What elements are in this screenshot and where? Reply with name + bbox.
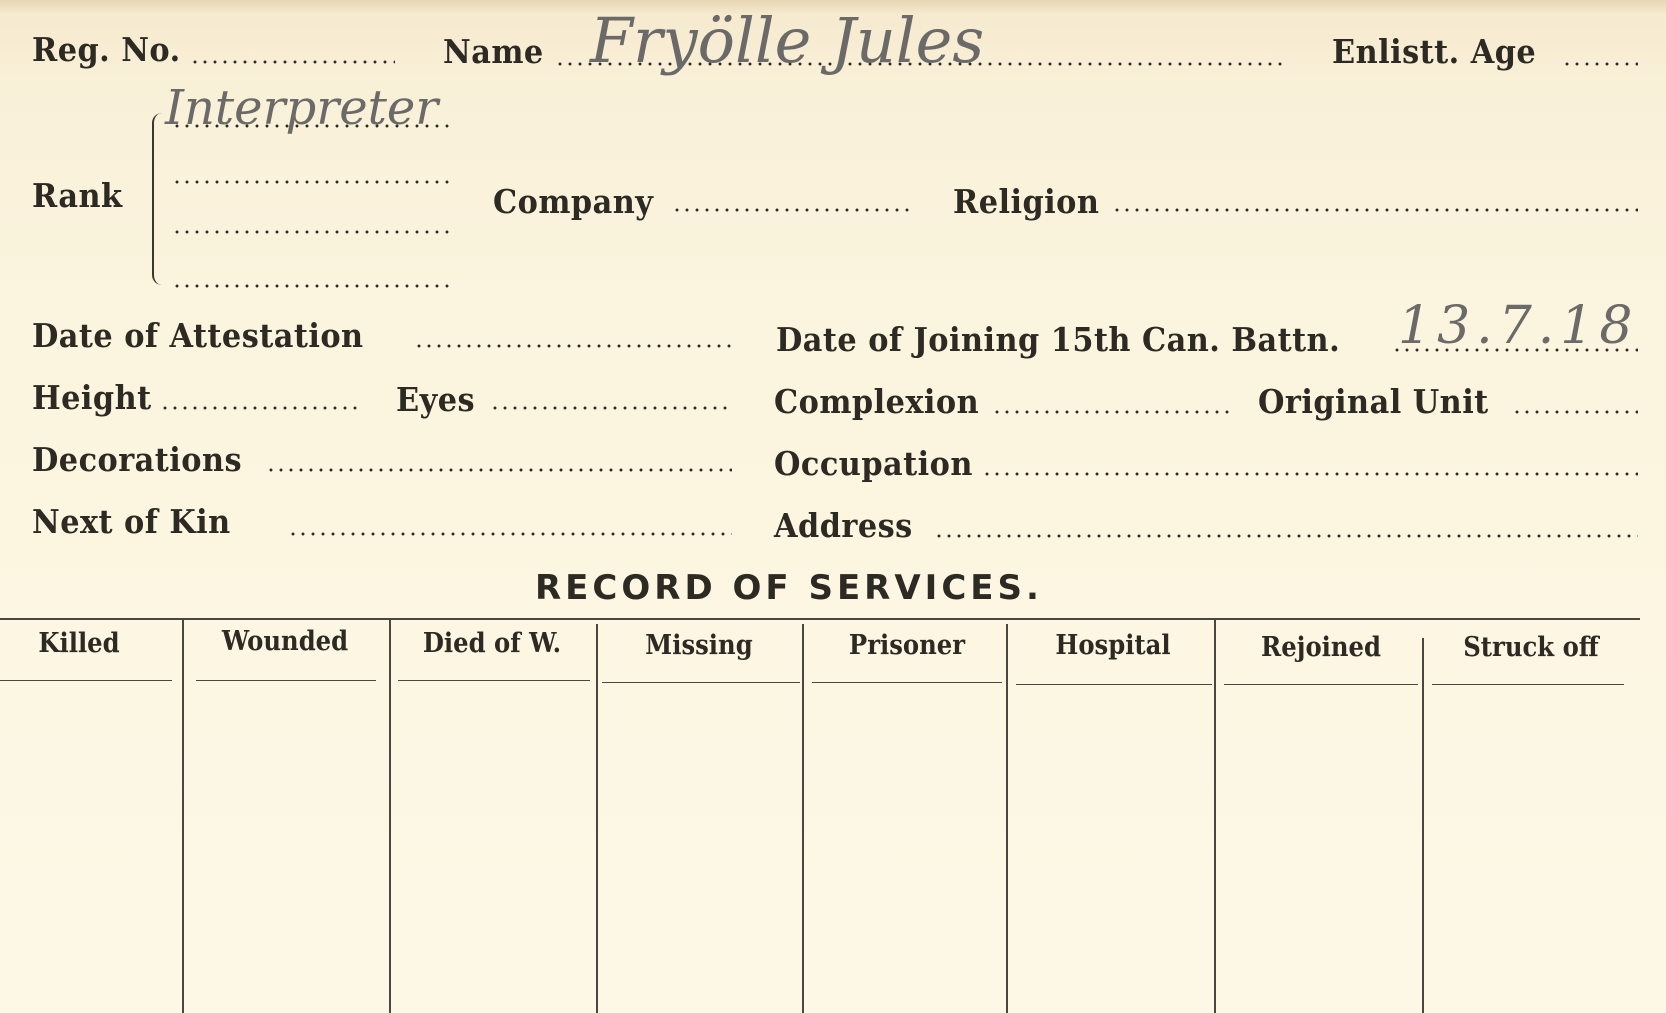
name-value: Fryölle Jules [590, 4, 984, 77]
date-joining-label: Date of Joining 15th Can. Battn. [776, 320, 1340, 359]
company-label: Company [493, 182, 653, 221]
occupation-field[interactable] [982, 472, 1638, 476]
height-field[interactable] [160, 406, 360, 410]
table-top-rule [0, 618, 1640, 620]
header-rule-3 [398, 680, 590, 681]
occupation-label: Occupation [774, 444, 973, 483]
complexion-field[interactable] [992, 410, 1234, 414]
next-of-kin-field[interactable] [288, 532, 732, 536]
service-record-card: Reg. No. Name Fryölle Jules Enlistt. Age… [0, 0, 1666, 1013]
rank-label: Rank [32, 176, 123, 215]
header-rule-5 [812, 682, 1002, 683]
date-attestation-field[interactable] [414, 344, 732, 348]
col-header-prisoner: Prisoner [822, 630, 993, 661]
next-of-kin-label: Next of Kin [32, 502, 231, 541]
col-header-died-of-wounds: Died of W. [407, 628, 578, 659]
eyes-label: Eyes [396, 380, 475, 419]
decorations-field[interactable] [266, 468, 732, 472]
address-field[interactable] [934, 534, 1638, 538]
header-rule-8 [1432, 684, 1624, 685]
complexion-label: Complexion [774, 382, 979, 421]
enlist-age-field[interactable] [1562, 62, 1638, 66]
decorations-label: Decorations [32, 440, 242, 479]
col-divider-3 [596, 624, 598, 1013]
header-rule-4 [602, 682, 800, 683]
address-label: Address [774, 506, 913, 545]
rank-brace [152, 113, 168, 285]
height-label: Height [32, 378, 152, 417]
religion-field[interactable] [1112, 208, 1638, 212]
col-header-struck-off: Struck off [1446, 632, 1617, 663]
header-rule-1 [0, 680, 172, 681]
col-divider-2 [389, 618, 391, 1013]
col-divider-1 [182, 618, 184, 1013]
enlist-age-label: Enlistt. Age [1332, 32, 1536, 71]
col-header-wounded: Wounded [200, 626, 371, 657]
original-unit-field[interactable] [1512, 410, 1638, 414]
company-field[interactable] [672, 208, 910, 212]
reg-no-label: Reg. No. [32, 30, 181, 69]
date-joining-value: 13.7.18 [1398, 296, 1638, 356]
col-divider-7 [1422, 638, 1424, 1013]
rank-line-4[interactable] [172, 284, 452, 288]
rank-line-2[interactable] [172, 180, 452, 184]
col-divider-4 [802, 624, 804, 1013]
col-header-missing: Missing [614, 630, 785, 661]
reg-no-field[interactable] [190, 60, 395, 64]
col-divider-5 [1006, 624, 1008, 1013]
date-attestation-label: Date of Attestation [32, 316, 364, 355]
rank-line-3[interactable] [172, 230, 452, 234]
col-divider-6 [1214, 620, 1216, 1013]
original-unit-label: Original Unit [1258, 382, 1489, 421]
col-header-rejoined: Rejoined [1236, 632, 1407, 663]
record-of-services-title: RECORD OF SERVICES. [535, 568, 1043, 608]
header-rule-2 [196, 680, 376, 681]
rank-line-1[interactable] [172, 124, 452, 128]
name-label: Name [443, 32, 544, 71]
eyes-field[interactable] [490, 406, 732, 410]
header-rule-7 [1224, 684, 1418, 685]
col-header-killed: Killed [0, 628, 165, 659]
col-header-hospital: Hospital [1028, 630, 1199, 661]
header-rule-6 [1016, 684, 1212, 685]
religion-label: Religion [953, 182, 1099, 221]
